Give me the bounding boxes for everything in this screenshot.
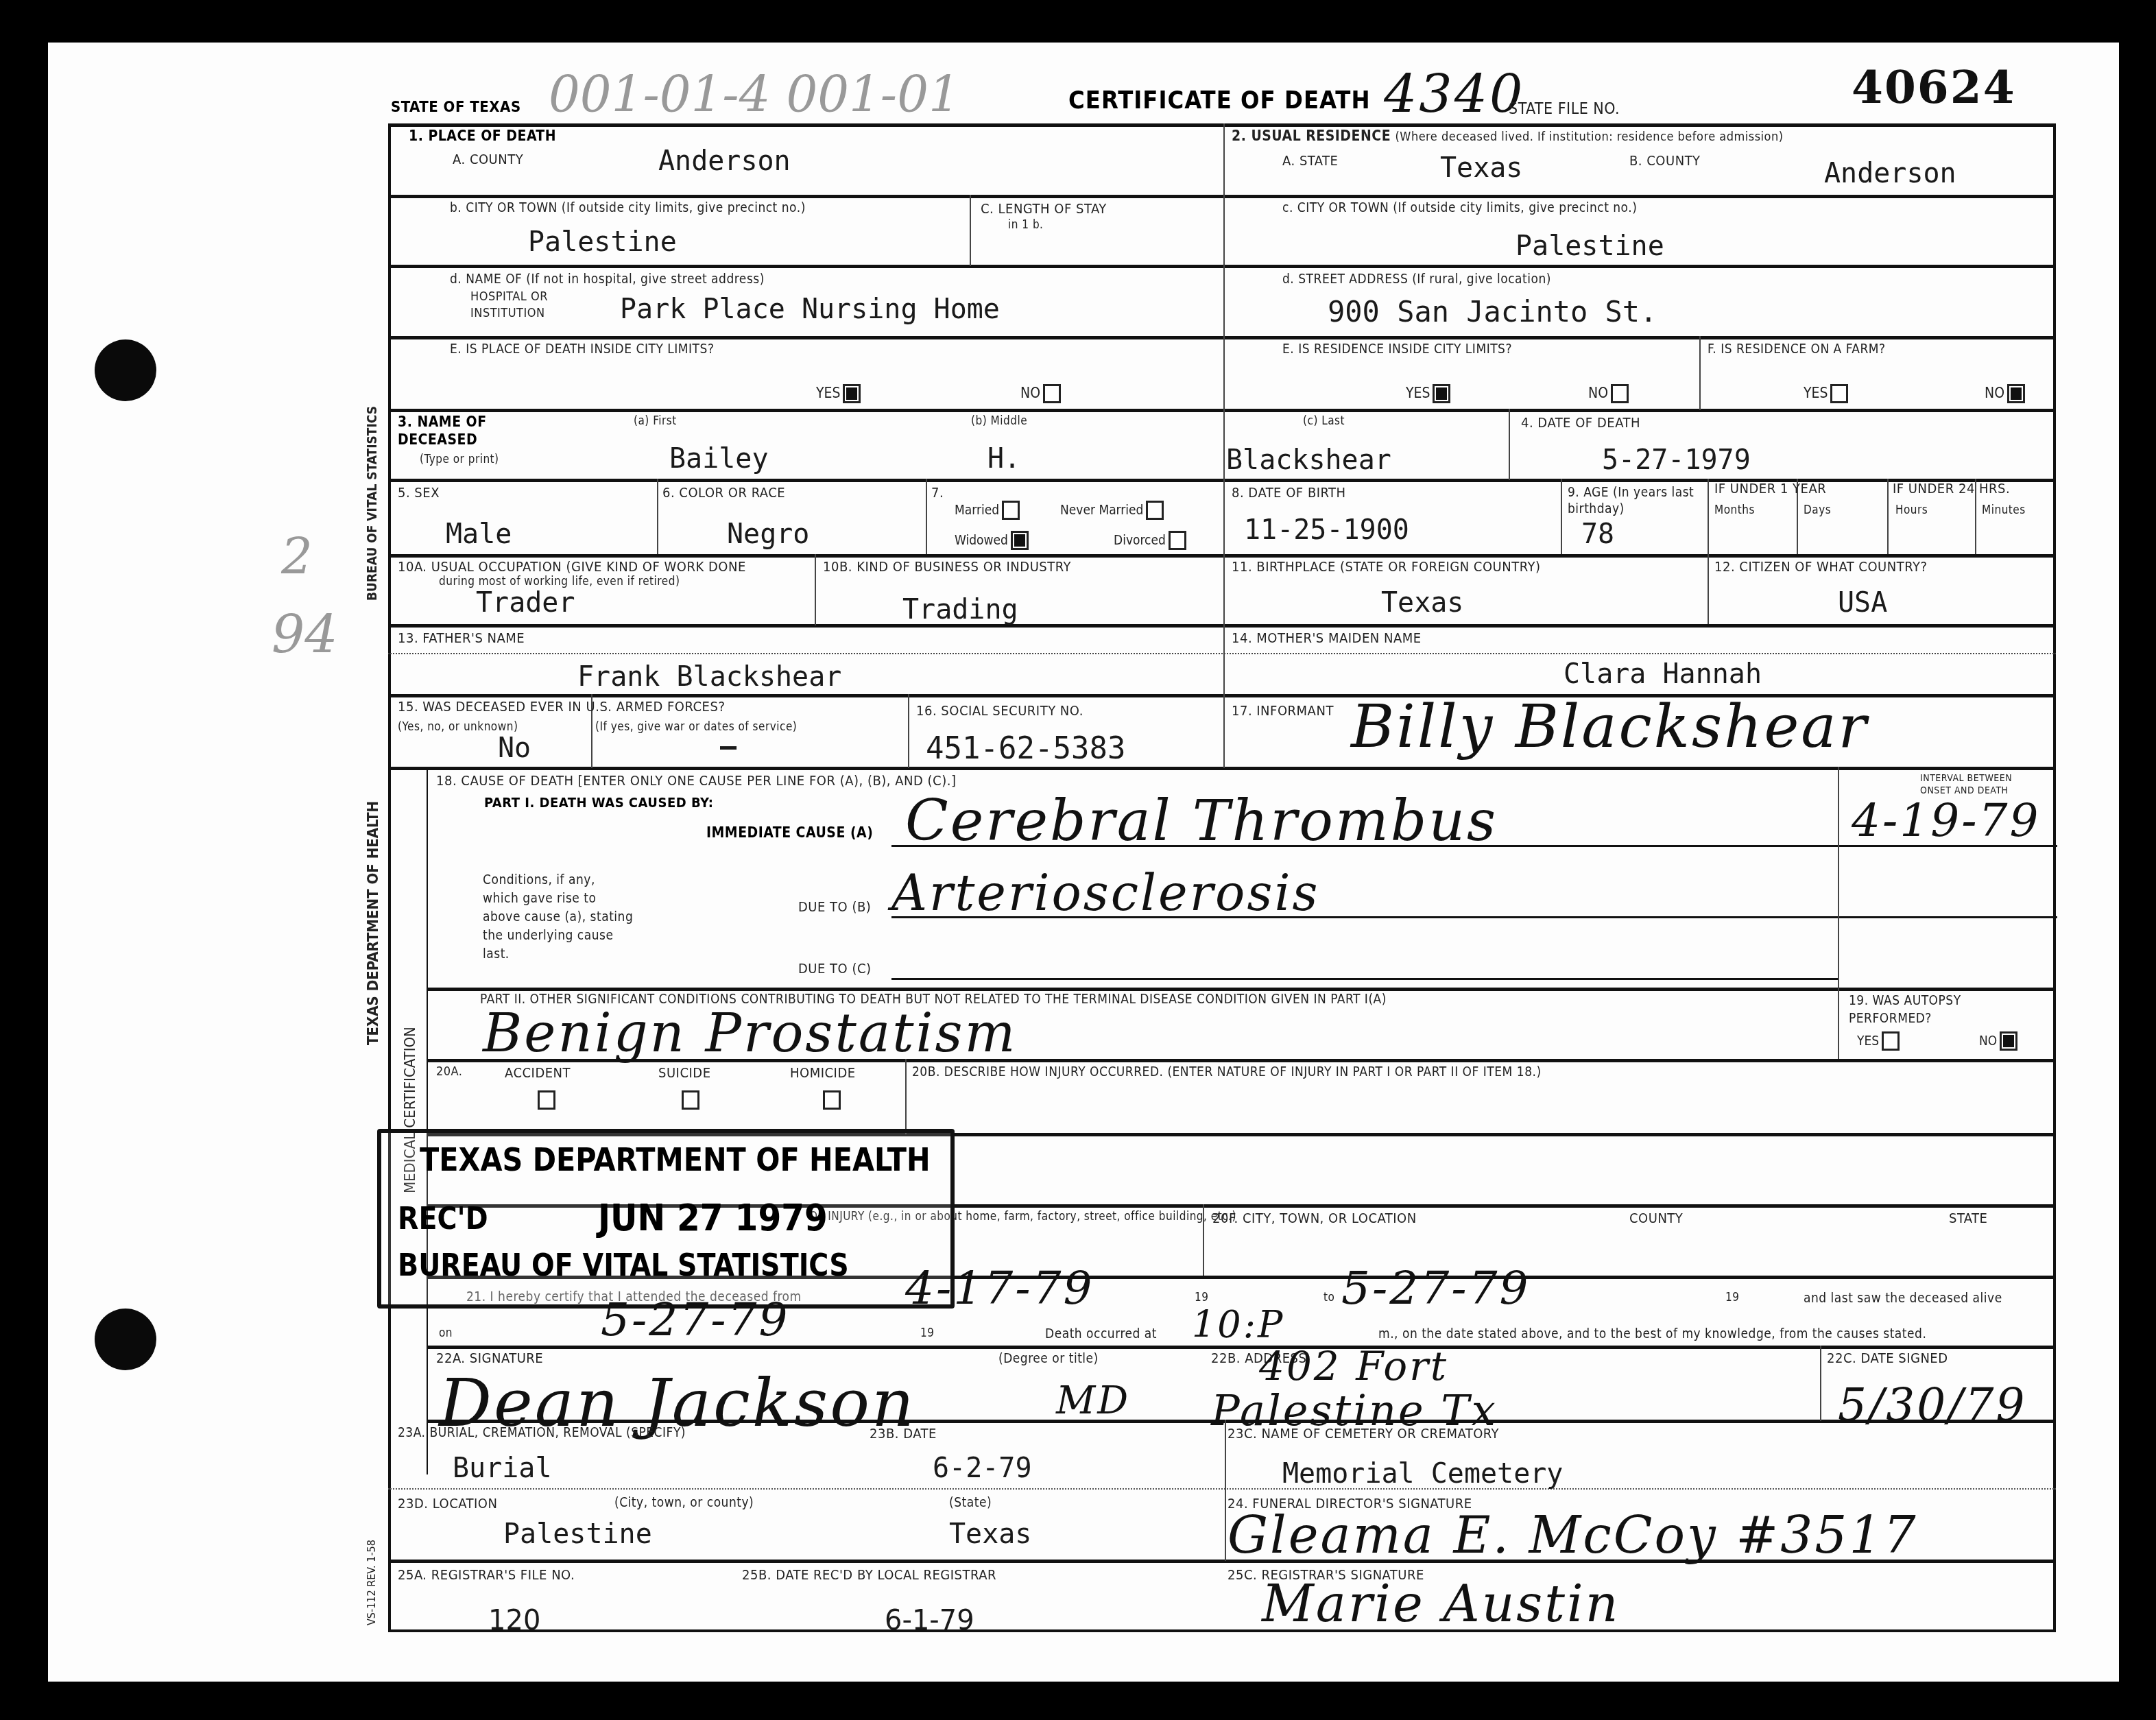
under-1-year-label: IF UNDER 1 YEAR	[1714, 480, 1826, 497]
divorced-checkbox[interactable]: Divorced	[1114, 531, 1186, 550]
rule	[388, 409, 2056, 412]
divider	[1223, 479, 1225, 624]
months-label: Months	[1714, 503, 1755, 517]
hospital-label-2: HOSPITAL OR	[470, 289, 548, 304]
type-or-print-note: (Type or print)	[420, 453, 499, 466]
divider	[905, 1059, 907, 1134]
sex-field[interactable]: Male	[446, 518, 512, 550]
immediate-cause-field[interactable]: Cerebral Thrombus	[905, 789, 1498, 854]
stamp-date: JUN 27 1979	[598, 1196, 828, 1239]
year-prefix: 19	[1725, 1291, 1739, 1304]
cemetery-label: 23c. NAME OF CEMETERY OR CREMATORY	[1227, 1425, 1499, 1442]
injury-location-label: 20f. CITY, TOWN, OR LOCATION	[1212, 1210, 1417, 1226]
disposition-label: 23a. BURIAL, CREMATION, REMOVAL (Specify…	[398, 1425, 686, 1440]
mother-field[interactable]: Clara Hannah	[1564, 658, 1762, 690]
margin-dept: TEXAS DEPARTMENT OF HEALTH	[365, 801, 382, 1045]
registrar-signature[interactable]: Marie Austin	[1262, 1575, 1620, 1634]
physician-signature-label: 22a. SIGNATURE	[436, 1350, 543, 1366]
mother-label: 14. MOTHER'S MAIDEN NAME	[1232, 630, 1422, 646]
divider	[1223, 624, 1225, 768]
registrar-date-label: 25b. DATE REC'D BY LOCAL REGISTRAR	[742, 1566, 996, 1583]
residence-county-field[interactable]: Anderson	[1824, 158, 1956, 189]
armed-forces-label: 15. WAS DECEASED EVER IN U.S. ARMED FORC…	[398, 698, 725, 715]
due-to-b-label: DUE TO (b)	[798, 898, 871, 915]
conditions-note: Conditions, if any, which gave rise to a…	[483, 871, 634, 964]
length-of-stay-label: c. LENGTH OF STAY	[981, 200, 1107, 217]
to-label: to	[1323, 1291, 1334, 1304]
death-occurred-label: Death occurred at	[1045, 1326, 1157, 1341]
state-label: STATE OF TEXAS	[391, 99, 521, 116]
age-label: 9. AGE (In years last birthday)	[1568, 484, 1705, 517]
ssn-field[interactable]: 451-62-5383	[926, 731, 1125, 766]
handwritten-code: 001-01-4 001-01	[549, 66, 960, 123]
farm-label: f. IS RESIDENCE ON A FARM?	[1708, 342, 1886, 357]
form-right-border	[2053, 123, 2056, 1632]
autopsy-label: 19. WAS AUTOPSY PERFORMED?	[1849, 992, 2048, 1027]
injury-state-label: STATE	[1949, 1210, 1987, 1226]
divider	[1509, 409, 1510, 480]
father-field[interactable]: Frank Blackshear	[577, 661, 841, 693]
accident-checkbox[interactable]	[535, 1090, 555, 1110]
father-label: 13. FATHER'S NAME	[398, 630, 525, 646]
armed-service-field[interactable]: —	[720, 731, 736, 763]
rule	[388, 1488, 2056, 1490]
divider	[1699, 336, 1701, 410]
residence-state-field[interactable]: Texas	[1440, 152, 1522, 184]
divider	[1820, 1346, 1821, 1421]
birthplace-field[interactable]: Texas	[1381, 587, 1463, 619]
immediate-cause-label: IMMEDIATE CAUSE (a)	[706, 824, 873, 841]
due-to-b-field[interactable]: Arteriosclerosis	[891, 864, 1319, 922]
first-name-field[interactable]: Bailey	[669, 443, 769, 475]
punch-hole	[95, 1309, 156, 1370]
farm-yes-checkbox[interactable]: YES	[1804, 384, 1848, 403]
race-field[interactable]: Negro	[727, 518, 809, 550]
location-city-label: (City, town, or county)	[614, 1495, 754, 1510]
handwritten-file-no: 4340	[1384, 63, 1524, 124]
divider	[1887, 479, 1889, 554]
divider	[657, 479, 658, 554]
occupation-field[interactable]: Trader	[476, 587, 575, 619]
registrar-file-label: 25a. REGISTRAR'S FILE NO.	[398, 1566, 575, 1583]
dob-label: 8. DATE OF BIRTH	[1232, 484, 1346, 501]
age-field[interactable]: 78	[1581, 518, 1614, 550]
date-of-death-field[interactable]: 5-27-1979	[1602, 444, 1751, 476]
informant-label: 17. INFORMANT	[1232, 702, 1334, 719]
rule	[388, 624, 2056, 628]
pencil-note: 94	[272, 604, 338, 665]
suicide-label: SUICIDE	[658, 1064, 711, 1081]
burial-date-field[interactable]: 6-2-79	[933, 1453, 1032, 1484]
death-inside-limits-label: e. IS PLACE OF DEATH INSIDE CITY LIMITS?	[450, 342, 714, 357]
rule	[427, 988, 2056, 991]
divider	[1225, 1420, 1226, 1561]
divider	[926, 479, 927, 554]
year-prefix: 19	[1195, 1291, 1208, 1304]
hospital-field[interactable]: Park Place Nursing Home	[620, 294, 1000, 325]
occupation-label: 10a. USUAL OCCUPATION (Give kind of work…	[398, 558, 746, 575]
usual-residence-label: 2. USUAL RESIDENCE (Where deceased lived…	[1232, 128, 1784, 144]
hours-label: Hours	[1895, 503, 1928, 517]
armed-service-note: (If yes, give war or dates of service)	[595, 720, 797, 734]
rule	[388, 653, 2056, 654]
part1-label: PART I. DEATH WAS CAUSED BY:	[484, 794, 714, 811]
form-left-border	[388, 123, 391, 1632]
dob-field[interactable]: 11-25-1900	[1244, 514, 1409, 546]
street-address-label: d. STREET ADDRESS (If rural, give locati…	[1282, 272, 1551, 287]
residence-inside-yes-checkbox[interactable]: YES	[1406, 384, 1450, 403]
rule	[388, 265, 2056, 268]
pencil-note: 2	[281, 528, 313, 586]
death-inside-no-checkbox[interactable]: NO	[1020, 384, 1061, 403]
certificate-number: 40624	[1852, 60, 2016, 114]
residence-city-label: c. CITY OR TOWN (If outside city limits,…	[1282, 200, 1637, 215]
attended-from-field[interactable]: 4-17-79	[905, 1262, 1094, 1315]
date-of-death-label: 4. DATE OF DEATH	[1521, 414, 1640, 431]
death-inside-yes-checkbox[interactable]: YES	[816, 384, 861, 403]
rule	[388, 336, 2056, 339]
stamp-recd: REC'D	[398, 1202, 488, 1237]
disposition-field[interactable]: Burial	[453, 1453, 552, 1484]
accident-label: ACCIDENT	[505, 1064, 571, 1081]
hospital-label: d. NAME OF (If not in hospital, give str…	[450, 272, 765, 287]
divider	[908, 694, 909, 768]
certification-statement: m., on the date stated above, and to the…	[1378, 1326, 1926, 1341]
under-24-hrs-label: IF UNDER 24 HRS.	[1893, 480, 2010, 497]
rule	[388, 767, 2056, 770]
margin-form-rev: VS-112 REV. 1-58	[365, 1540, 378, 1625]
divider	[970, 195, 971, 266]
homicide-label: HOMICIDE	[790, 1064, 856, 1081]
minutes-label: Minutes	[1982, 503, 2026, 517]
death-time-field[interactable]: 10:P	[1192, 1303, 1284, 1346]
rule	[388, 1629, 2056, 1632]
location-state-label: (State)	[949, 1495, 992, 1510]
ssn-label: 16. SOCIAL SECURITY NO.	[916, 702, 1083, 719]
rule	[388, 123, 2056, 127]
informant-signature[interactable]: Billy Blackshear	[1351, 693, 1869, 761]
place-of-death-label: 1. PLACE OF DEATH	[409, 128, 556, 144]
registrar-date-field[interactable]: 6-1-79	[885, 1605, 974, 1636]
received-stamp: TEXAS DEPARTMENT OF HEALTH REC'D JUN 27 …	[377, 1129, 955, 1309]
divider	[1708, 479, 1709, 624]
residence-inside-no-checkbox[interactable]: NO	[1588, 384, 1629, 403]
margin-bureau: BUREAU OF VITAL STATISTICS	[365, 406, 380, 601]
injury-describe-label: 20b. DESCRIBE HOW INJURY OCCURRED. (Ente…	[912, 1064, 1542, 1079]
days-label: Days	[1804, 503, 1831, 517]
degree-field[interactable]: MD	[1056, 1378, 1130, 1423]
residence-inside-limits-label: e. IS RESIDENCE INSIDE CITY LIMITS?	[1282, 342, 1512, 357]
race-label: 6. COLOR OR RACE	[662, 484, 785, 501]
homicide-checkbox[interactable]	[820, 1090, 841, 1110]
residence-state-label: a. STATE	[1282, 152, 1338, 169]
funeral-director-signature[interactable]: Gleama E. McCoy #3517	[1227, 1506, 1918, 1565]
punch-hole	[95, 339, 156, 401]
stamp-dept: TEXAS DEPARTMENT OF HEALTH	[420, 1141, 931, 1178]
burial-location-label: 23d. LOCATION	[398, 1495, 497, 1512]
rule	[388, 554, 2056, 558]
residence-county-label: b. COUNTY	[1629, 152, 1701, 169]
part2-field[interactable]: Benign Prostatism	[483, 1003, 1018, 1064]
death-city-label: b. CITY OR TOWN (If outside city limits,…	[450, 200, 806, 215]
middle-name-field[interactable]: H.	[987, 443, 1020, 475]
state-file-label: STATE FILE NO.	[1509, 100, 1620, 118]
business-label: 10b. KIND OF BUSINESS OR INDUSTRY	[823, 558, 1071, 575]
middle-name-label: (b) Middle	[971, 414, 1027, 428]
date-signed-field[interactable]: 5/30/79	[1838, 1378, 2026, 1431]
armed-yes-no-note: (Yes, no, or unknown)	[398, 720, 518, 734]
burial-city-field[interactable]: Palestine	[503, 1518, 652, 1550]
last-name-label: (c) Last	[1303, 414, 1345, 428]
burial-date-label: 23b. DATE	[870, 1425, 937, 1442]
birthplace-label: 11. BIRTHPLACE (State or foreign country…	[1232, 558, 1540, 575]
due-to-c-label: DUE TO (c)	[798, 960, 872, 977]
certificate-title: CERTIFICATE OF DEATH	[1068, 86, 1371, 115]
injury-county-label: COUNTY	[1629, 1210, 1683, 1226]
suicide-checkbox[interactable]	[679, 1090, 699, 1110]
injury-type-label: 20a.	[436, 1064, 463, 1079]
county-label: a. COUNTY	[453, 151, 523, 167]
cause-of-death-label: 18. CAUSE OF DEATH [Enter only one cause…	[436, 772, 956, 789]
name-of-deceased-label: 3. NAME OF DECEASED	[398, 413, 514, 449]
sex-label: 5. SEX	[398, 484, 440, 501]
address-line1-field[interactable]: 402 Fort	[1259, 1343, 1448, 1389]
street-address-field[interactable]: 900 San Jacinto St.	[1328, 295, 1657, 329]
degree-label: (Degree or title)	[998, 1351, 1099, 1366]
divider	[1561, 479, 1562, 554]
last-seen-field[interactable]: 5-27-79	[601, 1293, 790, 1346]
divider	[1223, 123, 1225, 480]
occupation-note: during most of working life, even if ret…	[439, 575, 680, 588]
interval-field[interactable]: 4-19-79	[1852, 794, 2041, 847]
attended-to-field[interactable]: 5-27-79	[1341, 1262, 1531, 1315]
citizen-field[interactable]: USA	[1838, 587, 1887, 619]
year-prefix: 19	[920, 1326, 934, 1340]
date-signed-label: 22c. DATE SIGNED	[1827, 1350, 1948, 1366]
farm-no-checkbox[interactable]: NO	[1985, 384, 2025, 403]
citizen-label: 12. CITIZEN OF WHAT COUNTRY?	[1714, 558, 1927, 575]
autopsy-yes-checkbox[interactable]: YES	[1857, 1031, 1900, 1051]
rule	[388, 195, 2056, 198]
residence-city-field[interactable]: Palestine	[1516, 230, 1664, 262]
last-name-field[interactable]: Blackshear	[1226, 444, 1391, 476]
business-field[interactable]: Trading	[902, 594, 1018, 625]
interval-label: INTERVAL BETWEEN ONSET AND DEATH	[1920, 772, 2016, 797]
first-name-label: (a) First	[634, 414, 677, 428]
death-city-field[interactable]: Palestine	[528, 226, 677, 258]
last-saw-label: and last saw the deceased alive	[1804, 1291, 2002, 1306]
never-married-checkbox[interactable]: Never Married	[1060, 501, 1164, 520]
marital-label: 7.	[931, 484, 944, 501]
burial-state-field[interactable]: Texas	[949, 1518, 1031, 1550]
rule	[891, 978, 1838, 980]
hospital-label-3: INSTITUTION	[470, 306, 545, 320]
divider	[1838, 767, 1839, 1059]
length-of-stay-sublabel: in 1 b.	[1008, 218, 1043, 232]
widowed-checkbox[interactable]: Widowed	[955, 531, 1029, 550]
stamp-bureau: BUREAU OF VITAL STATISTICS	[398, 1248, 849, 1283]
registrar-file-field[interactable]: 120	[488, 1605, 540, 1636]
armed-forces-field[interactable]: No	[498, 732, 531, 764]
divider	[815, 554, 816, 625]
death-county-field[interactable]: Anderson	[658, 145, 791, 177]
autopsy-no-checkbox[interactable]: NO	[1979, 1031, 2017, 1051]
cemetery-field[interactable]: Memorial Cemetery	[1282, 1458, 1563, 1490]
medical-divider	[427, 768, 428, 1474]
on-label: on	[439, 1326, 453, 1340]
married-checkbox[interactable]: Married	[955, 501, 1020, 520]
certificate-page	[48, 43, 2119, 1682]
